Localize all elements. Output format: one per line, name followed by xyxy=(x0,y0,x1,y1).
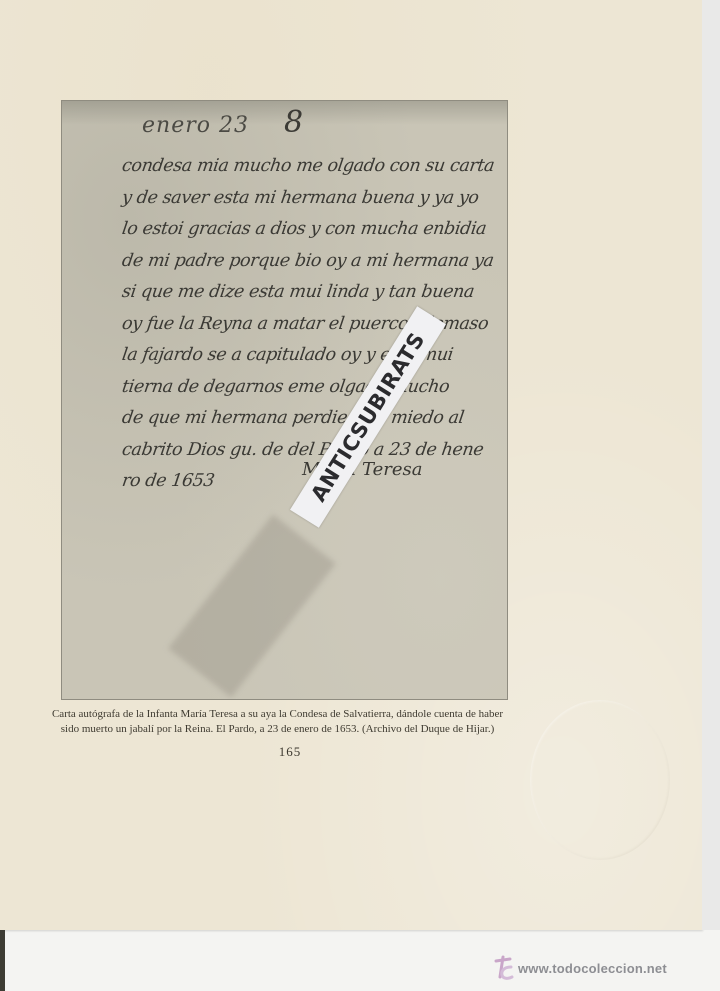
letter-line: de que mi hermana perdiese el miedo al xyxy=(120,403,508,435)
todocoleccion-logo-icon xyxy=(492,955,514,981)
letter-folio-mark: 8 xyxy=(284,105,303,140)
book-page: enero 23 8 condesa mia mucho me olgado c… xyxy=(0,0,702,930)
letter-line: lo estoi gracias a dios y con mucha enbi… xyxy=(120,214,508,246)
letter-line: condesa mia mucho me olgado con su carta xyxy=(120,151,508,183)
letter-line: si que me dize esta mui linda y tan buen… xyxy=(120,277,508,309)
letter-body: condesa mia mucho me olgado con su carta… xyxy=(122,151,507,498)
manuscript-letter-plate: enero 23 8 condesa mia mucho me olgado c… xyxy=(61,100,508,700)
page-number: 165 xyxy=(240,744,340,760)
letter-line: y de saver esta mi hermana buena y ya yo xyxy=(120,183,508,215)
stamp-shadow-smudge xyxy=(168,514,336,697)
letter-date-header: enero 23 xyxy=(142,113,249,138)
letter-line: de mi padre porque bio oy a mi hermana y… xyxy=(120,246,508,278)
letter-line: la fajardo se a capitulado oy y esta mui xyxy=(120,340,508,372)
figure-caption: Carta autógrafa de la Infanta María Tere… xyxy=(30,707,525,736)
watermark-url: www.todocoleccion.net xyxy=(518,961,667,976)
letter-line: tierna de degarnos eme olgado mucho xyxy=(120,372,508,404)
caption-line-2: sido muerto un jabalí por la Reina. El P… xyxy=(30,722,525,737)
scan-edge-shadow xyxy=(0,930,5,991)
blind-emboss-mark xyxy=(530,700,670,860)
caption-line-1: Carta autógrafa de la Infanta María Tere… xyxy=(30,707,525,722)
site-watermark: www.todocoleccion.net xyxy=(492,955,667,981)
letter-line: oy fue la Reyna a matar el puerco y lema… xyxy=(120,309,508,341)
scan-background-strip xyxy=(702,0,720,930)
